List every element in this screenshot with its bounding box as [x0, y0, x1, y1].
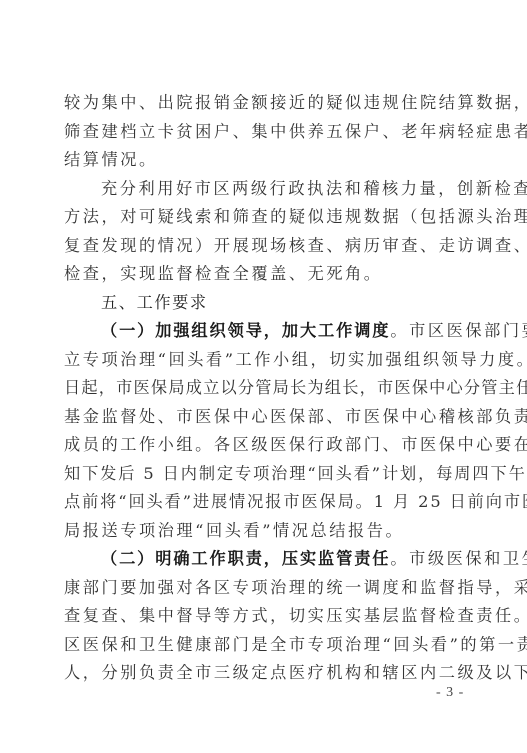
page-number: - 3 -: [436, 685, 464, 701]
paragraph-line: 成员的工作小组。各区级医保行政部门、市医保中心要在本通: [64, 431, 460, 460]
paragraph-line: 人，分别负责全市三级定点医疗机构和辖区内二级及以下定点: [64, 659, 460, 688]
paragraph-line: 复查发现的情况）开展现场核查、病历审查、走访调查、突击: [64, 232, 460, 261]
paragraph-line: 方法，对可疑线索和筛查的疑似违规数据（包括源头治理抽查: [64, 203, 460, 232]
subsection-title: （二）明确工作职责，压实监管责任: [101, 549, 390, 568]
paragraph-line: 日起，市医保局成立以分管局长为组长，市医保中心分管主任，: [64, 374, 460, 403]
document-body: 较为集中、出院报销金额接近的疑似违规住院结算数据，重点 筛查建档立卡贫困户、集中…: [64, 89, 460, 688]
paragraph-line: 筛查建档立卡贫困户、集中供养五保户、老年病轻症患者住院: [64, 118, 460, 147]
subsection-title: （一）加强组织领导，加大工作调度: [101, 321, 390, 340]
paragraph-line: 结算情况。: [64, 146, 460, 175]
paragraph-line: 充分利用好市区两级行政执法和稽核力量，创新检查方式: [64, 175, 460, 204]
document-page: 较为集中、出院报销金额接近的疑似违规住院结算数据，重点 筛查建档立卡贫困户、集中…: [0, 0, 527, 753]
paragraph-line: 较为集中、出院报销金额接近的疑似违规住院结算数据，重点: [64, 89, 460, 118]
paragraph-line: 区医保和卫生健康部门是全市专项治理“回头看”的第一责任: [64, 631, 460, 660]
paragraph-line: 查复查、集中督导等方式，切实压实基层监督检查责任。市、: [64, 602, 460, 631]
paragraph-line: 立专项治理“回头看”工作小组，切实加强组织领导力度。即: [64, 346, 460, 375]
section-heading: 五、工作要求: [64, 289, 460, 318]
paragraph-text: 。市区医保部门要成: [390, 321, 527, 340]
paragraph-line: 基金监督处、市医保中心医保部、市医保中心稽核部负责人为: [64, 403, 460, 432]
paragraph-line: 局报送专项治理“回头看”情况总结报告。: [64, 517, 460, 546]
paragraph-line: 点前将“回头看”进展情况报市医保局。1 月 25 日前向市医保: [64, 488, 460, 517]
paragraph-line: （一）加强组织领导，加大工作调度。市区医保部门要成: [64, 317, 460, 346]
paragraph-line: 检查，实现监督检查全覆盖、无死角。: [64, 260, 460, 289]
paragraph-line: 知下发后 5 日内制定专项治理“回头看”计划，每周四下午 5: [64, 460, 460, 489]
paragraph-line: 康部门要加强对各区专项治理的统一调度和监督指导，采取抽: [64, 574, 460, 603]
paragraph-text: 。市级医保和卫生健: [390, 549, 527, 568]
paragraph-line: （二）明确工作职责，压实监管责任。市级医保和卫生健: [64, 545, 460, 574]
